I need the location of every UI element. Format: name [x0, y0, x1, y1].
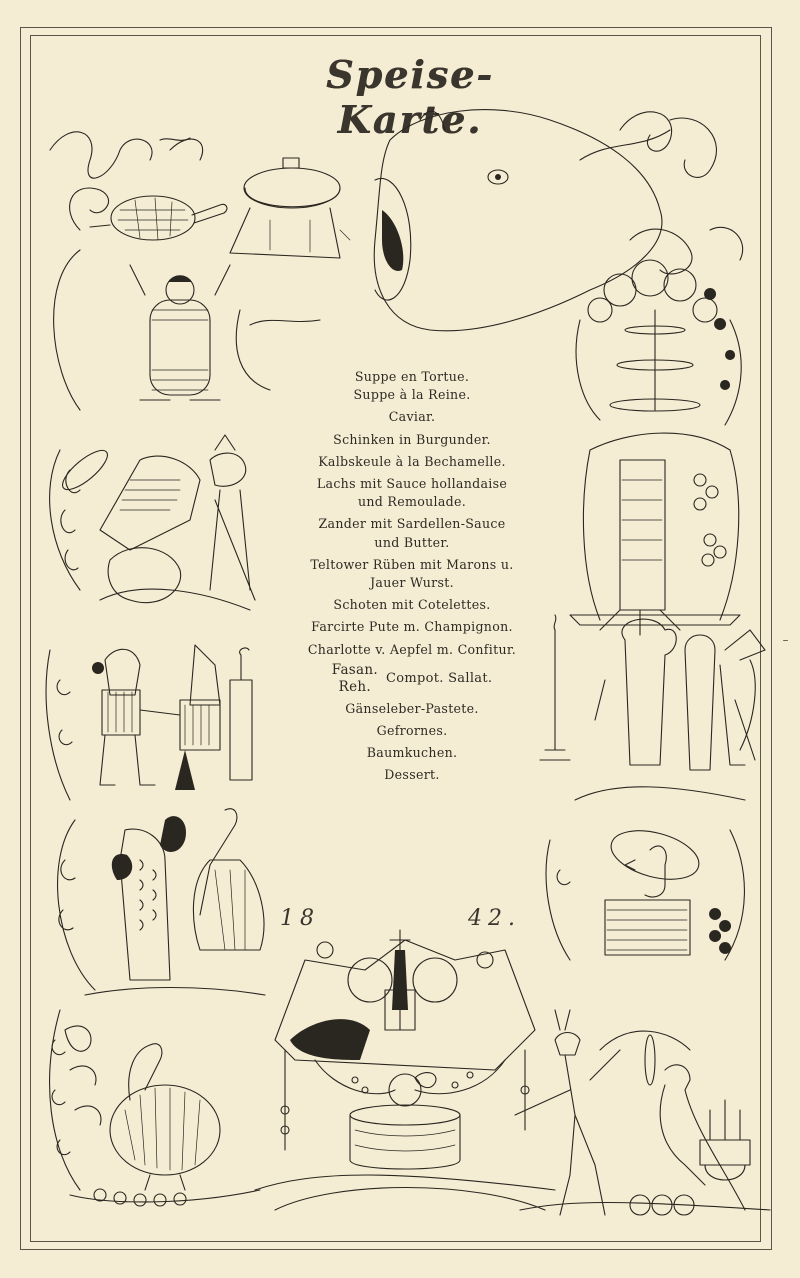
fish-figures-illustration: [40, 640, 270, 810]
goose-in-pot-illustration: [540, 820, 760, 970]
menu-item: Lachs mit Sauce hollandaise: [262, 475, 562, 493]
menu-item: Caviar.: [262, 408, 562, 426]
menu-page: Speise-Karte.: [0, 0, 800, 1278]
menu-item: Teltower Rüben mit Marons u.: [262, 556, 562, 574]
ink-speck: [783, 640, 788, 641]
menu-item: Kalbskeule à la Bechamelle.: [262, 453, 562, 471]
year-left: 18: [280, 906, 320, 931]
roast-meats: Fasan. Reh.: [332, 662, 378, 696]
pig-boar-illustration: [40, 430, 270, 630]
roast-sides: Compot. Sallat.: [386, 670, 492, 688]
menu-item: Reh.: [332, 679, 378, 696]
tree-trunk-illustration: [560, 420, 760, 640]
roast-course: Fasan. Reh. Compot. Sallat.: [262, 662, 562, 696]
menu-item: Dessert.: [262, 766, 562, 784]
menu-item-continued: Jauer Wurst.: [262, 574, 562, 592]
menu-item: Schinken in Burgunder.: [262, 431, 562, 449]
menu-item: Charlotte v. Aepfel m. Confitur.: [262, 641, 562, 659]
menu-item: Farcirte Pute m. Champignon.: [262, 618, 562, 636]
menu-item: Zander mit Sardellen-Sauce: [262, 515, 562, 533]
menu-item: Gänseleber-Pastete.: [262, 700, 562, 718]
menu-item: Suppe en Tortue.: [262, 368, 562, 386]
menu-item-continued: und Butter.: [262, 534, 562, 552]
menu-item: Baumkuchen.: [262, 744, 562, 762]
menu-item: Gefrornes.: [262, 722, 562, 740]
menu-item: Fasan.: [332, 662, 378, 679]
menu-item: Schoten mit Cotelettes.: [262, 596, 562, 614]
menu-item: Suppe à la Reine.: [262, 386, 562, 404]
deer-pheasant-illustration: [500, 990, 770, 1220]
menu-item-continued: und Remoulade.: [262, 493, 562, 511]
fruit-etagere-illustration: [560, 250, 760, 430]
kiwi-bird-illustration: [40, 1000, 270, 1210]
year-right: 42.: [468, 906, 521, 931]
menu-list: Suppe en Tortue. Suppe à la Reine. Cavia…: [262, 368, 562, 785]
beer-glass-figures-illustration: [535, 620, 770, 820]
vegetable-figures-illustration: [45, 800, 275, 1000]
